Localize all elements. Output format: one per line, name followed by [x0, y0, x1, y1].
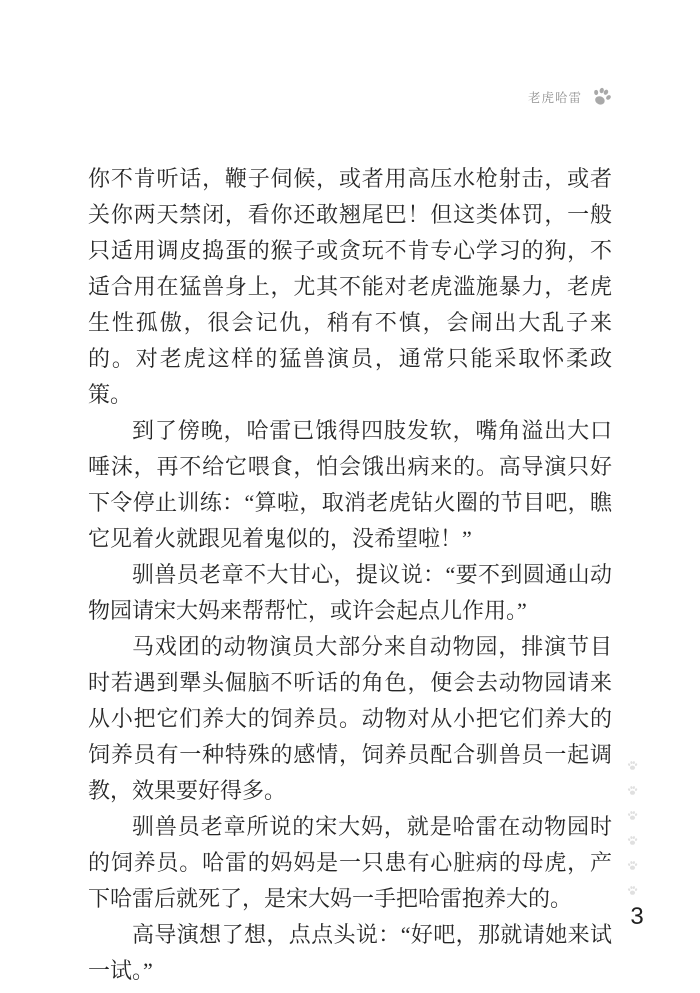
paw-icon — [627, 810, 638, 821]
book-page: 老虎哈雷 你不肯听话，鞭子伺候，或者用高压水枪射击，或者关你两天禁闭，看你还敢翘… — [0, 0, 700, 993]
page-number: 3 — [626, 903, 648, 931]
book-title: 老虎哈雷 — [528, 88, 582, 106]
paw-icon — [588, 83, 615, 110]
paw-decoration-column — [627, 760, 638, 896]
paw-icon — [627, 785, 638, 796]
paragraph: 到了傍晚，哈雷已饿得四肢发软，嘴角溢出大口唾沫，再不给它喂食，怕会饿出病来的。高… — [88, 413, 612, 557]
paragraph: 高导演想了想，点点头说：“好吧，那就请她来试一试。” — [88, 917, 612, 989]
paw-icon — [627, 760, 638, 771]
page-body-text: 你不肯听话，鞭子伺候，或者用高压水枪射击，或者关你两天禁闭，看你还敢翘尾巴！但这… — [88, 161, 612, 989]
paragraph: 马戏团的动物演员大部分来自动物园，排演节目时若遇到犟头倔脑不听话的角色，便会去动… — [88, 629, 612, 809]
paw-icon — [627, 885, 638, 896]
paragraph: 驯兽员老章不大甘心，提议说：“要不到圆通山动物园请宋大妈来帮帮忙，或许会起点儿作… — [88, 557, 612, 629]
paw-icon — [627, 860, 638, 871]
paragraph: 驯兽员老章所说的宋大妈，就是哈雷在动物园时的饲养员。哈雷的妈妈是一只患有心脏病的… — [88, 809, 612, 917]
running-header: 老虎哈雷 — [0, 86, 612, 107]
paragraph: 你不肯听话，鞭子伺候，或者用高压水枪射击，或者关你两天禁闭，看你还敢翘尾巴！但这… — [88, 161, 612, 413]
paw-icon — [627, 835, 638, 846]
